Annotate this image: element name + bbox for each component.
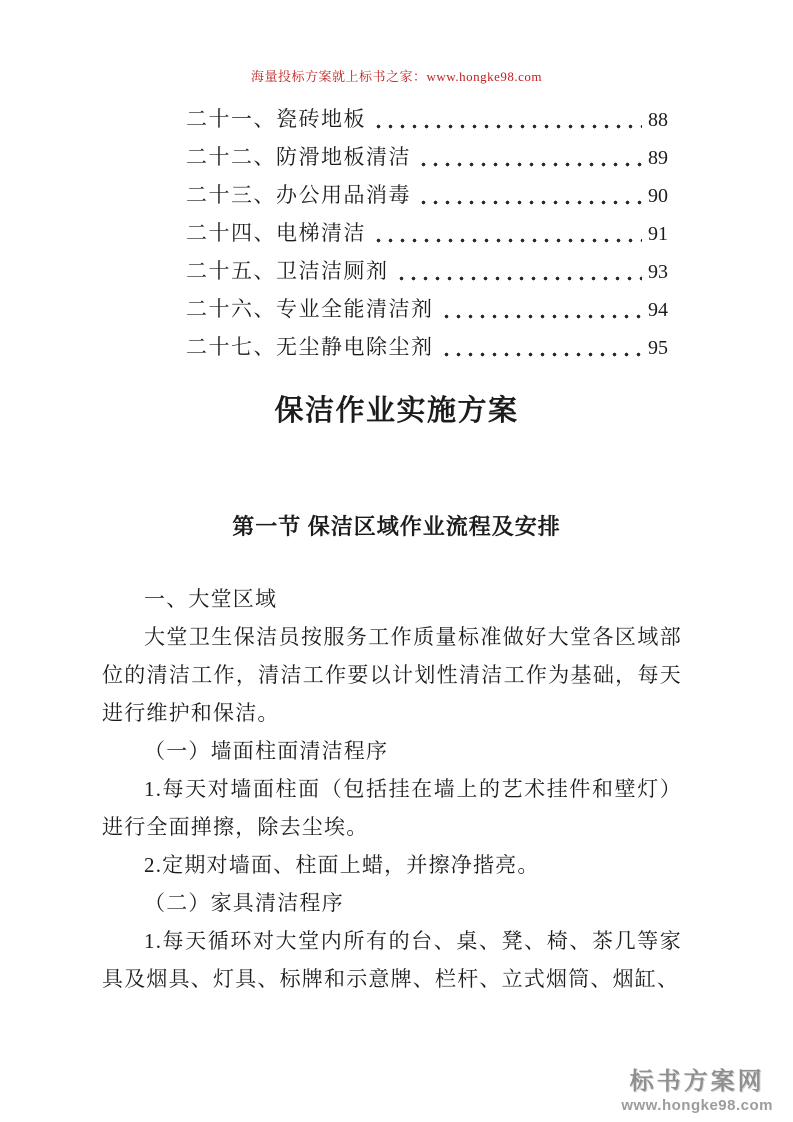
document-page: 海量投标方案就上标书之家：www.hongke98.com 二十一、瓷砖地板 8… xyxy=(0,0,793,1122)
watermark-logo-text: 标书方案网 xyxy=(621,1061,773,1096)
paragraph: 2.定期对墙面、柱面上蜡，并擦净揩亮。 xyxy=(102,846,682,884)
paragraph-list-heading: 一、大堂区域 xyxy=(102,580,682,618)
toc-entry-page: 91 xyxy=(648,215,668,253)
dot-leader xyxy=(444,352,643,357)
dot-leader xyxy=(376,238,642,243)
toc-entry-label: 二十五、卫洁洁厕剂 xyxy=(186,252,389,290)
watermark: 标书方案网 www.hongke98.com xyxy=(621,1061,773,1114)
toc-entry: 二十七、无尘静电除尘剂 95 xyxy=(186,328,668,366)
section-heading: 第一节 保洁区域作业流程及安排 xyxy=(0,510,793,544)
toc-entry-page: 94 xyxy=(648,291,668,329)
toc-entry-page: 89 xyxy=(648,139,668,177)
toc-entry-page: 95 xyxy=(648,329,668,367)
document-title: 保洁作业实施方案 xyxy=(0,390,793,432)
dot-leader xyxy=(421,200,642,205)
paragraph-sub-heading: （二）家具清洁程序 xyxy=(102,884,682,922)
paragraph-sub-heading: （一）墙面柱面清洁程序 xyxy=(102,732,682,770)
paragraph: 1.每天对墙面柱面（包括挂在墙上的艺术挂件和壁灯）进行全面掸擦，除去尘埃。 xyxy=(102,770,682,846)
toc-entry-page: 88 xyxy=(648,101,668,139)
header-promo-text: 海量投标方案就上标书之家：www.hongke98.com xyxy=(0,66,793,85)
dot-leader xyxy=(444,314,643,319)
toc-entry-label: 二十二、防滑地板清洁 xyxy=(186,138,411,176)
toc-entry: 二十四、电梯清洁 91 xyxy=(186,214,668,252)
paragraph: 大堂卫生保洁员按服务工作质量标准做好大堂各区域部位的清洁工作，清洁工作要以计划性… xyxy=(102,618,682,732)
toc-entry-label: 二十三、办公用品消毒 xyxy=(186,176,411,214)
table-of-contents: 二十一、瓷砖地板 88 二十二、防滑地板清洁 89 二十三、办公用品消毒 90 … xyxy=(186,100,668,366)
watermark-url: www.hongke98.com xyxy=(621,1097,773,1114)
toc-entry-label: 二十一、瓷砖地板 xyxy=(186,100,366,138)
document-body: 一、大堂区域 大堂卫生保洁员按服务工作质量标准做好大堂各区域部位的清洁工作，清洁… xyxy=(102,580,682,998)
toc-entry-page: 93 xyxy=(648,253,668,291)
toc-entry: 二十六、专业全能清洁剂 94 xyxy=(186,290,668,328)
toc-entry-label: 二十七、无尘静电除尘剂 xyxy=(186,328,434,366)
toc-entry: 二十五、卫洁洁厕剂 93 xyxy=(186,252,668,290)
toc-entry: 二十二、防滑地板清洁 89 xyxy=(186,138,668,176)
dot-leader xyxy=(376,124,642,129)
toc-entry-page: 90 xyxy=(648,177,668,215)
paragraph: 1.每天循环对大堂内所有的台、桌、凳、椅、茶几等家具及烟具、灯具、标牌和示意牌、… xyxy=(102,922,682,998)
toc-entry: 二十一、瓷砖地板 88 xyxy=(186,100,668,138)
toc-entry-label: 二十四、电梯清洁 xyxy=(186,214,366,252)
dot-leader xyxy=(421,162,642,167)
toc-entry-label: 二十六、专业全能清洁剂 xyxy=(186,290,434,328)
toc-entry: 二十三、办公用品消毒 90 xyxy=(186,176,668,214)
dot-leader xyxy=(399,276,643,281)
